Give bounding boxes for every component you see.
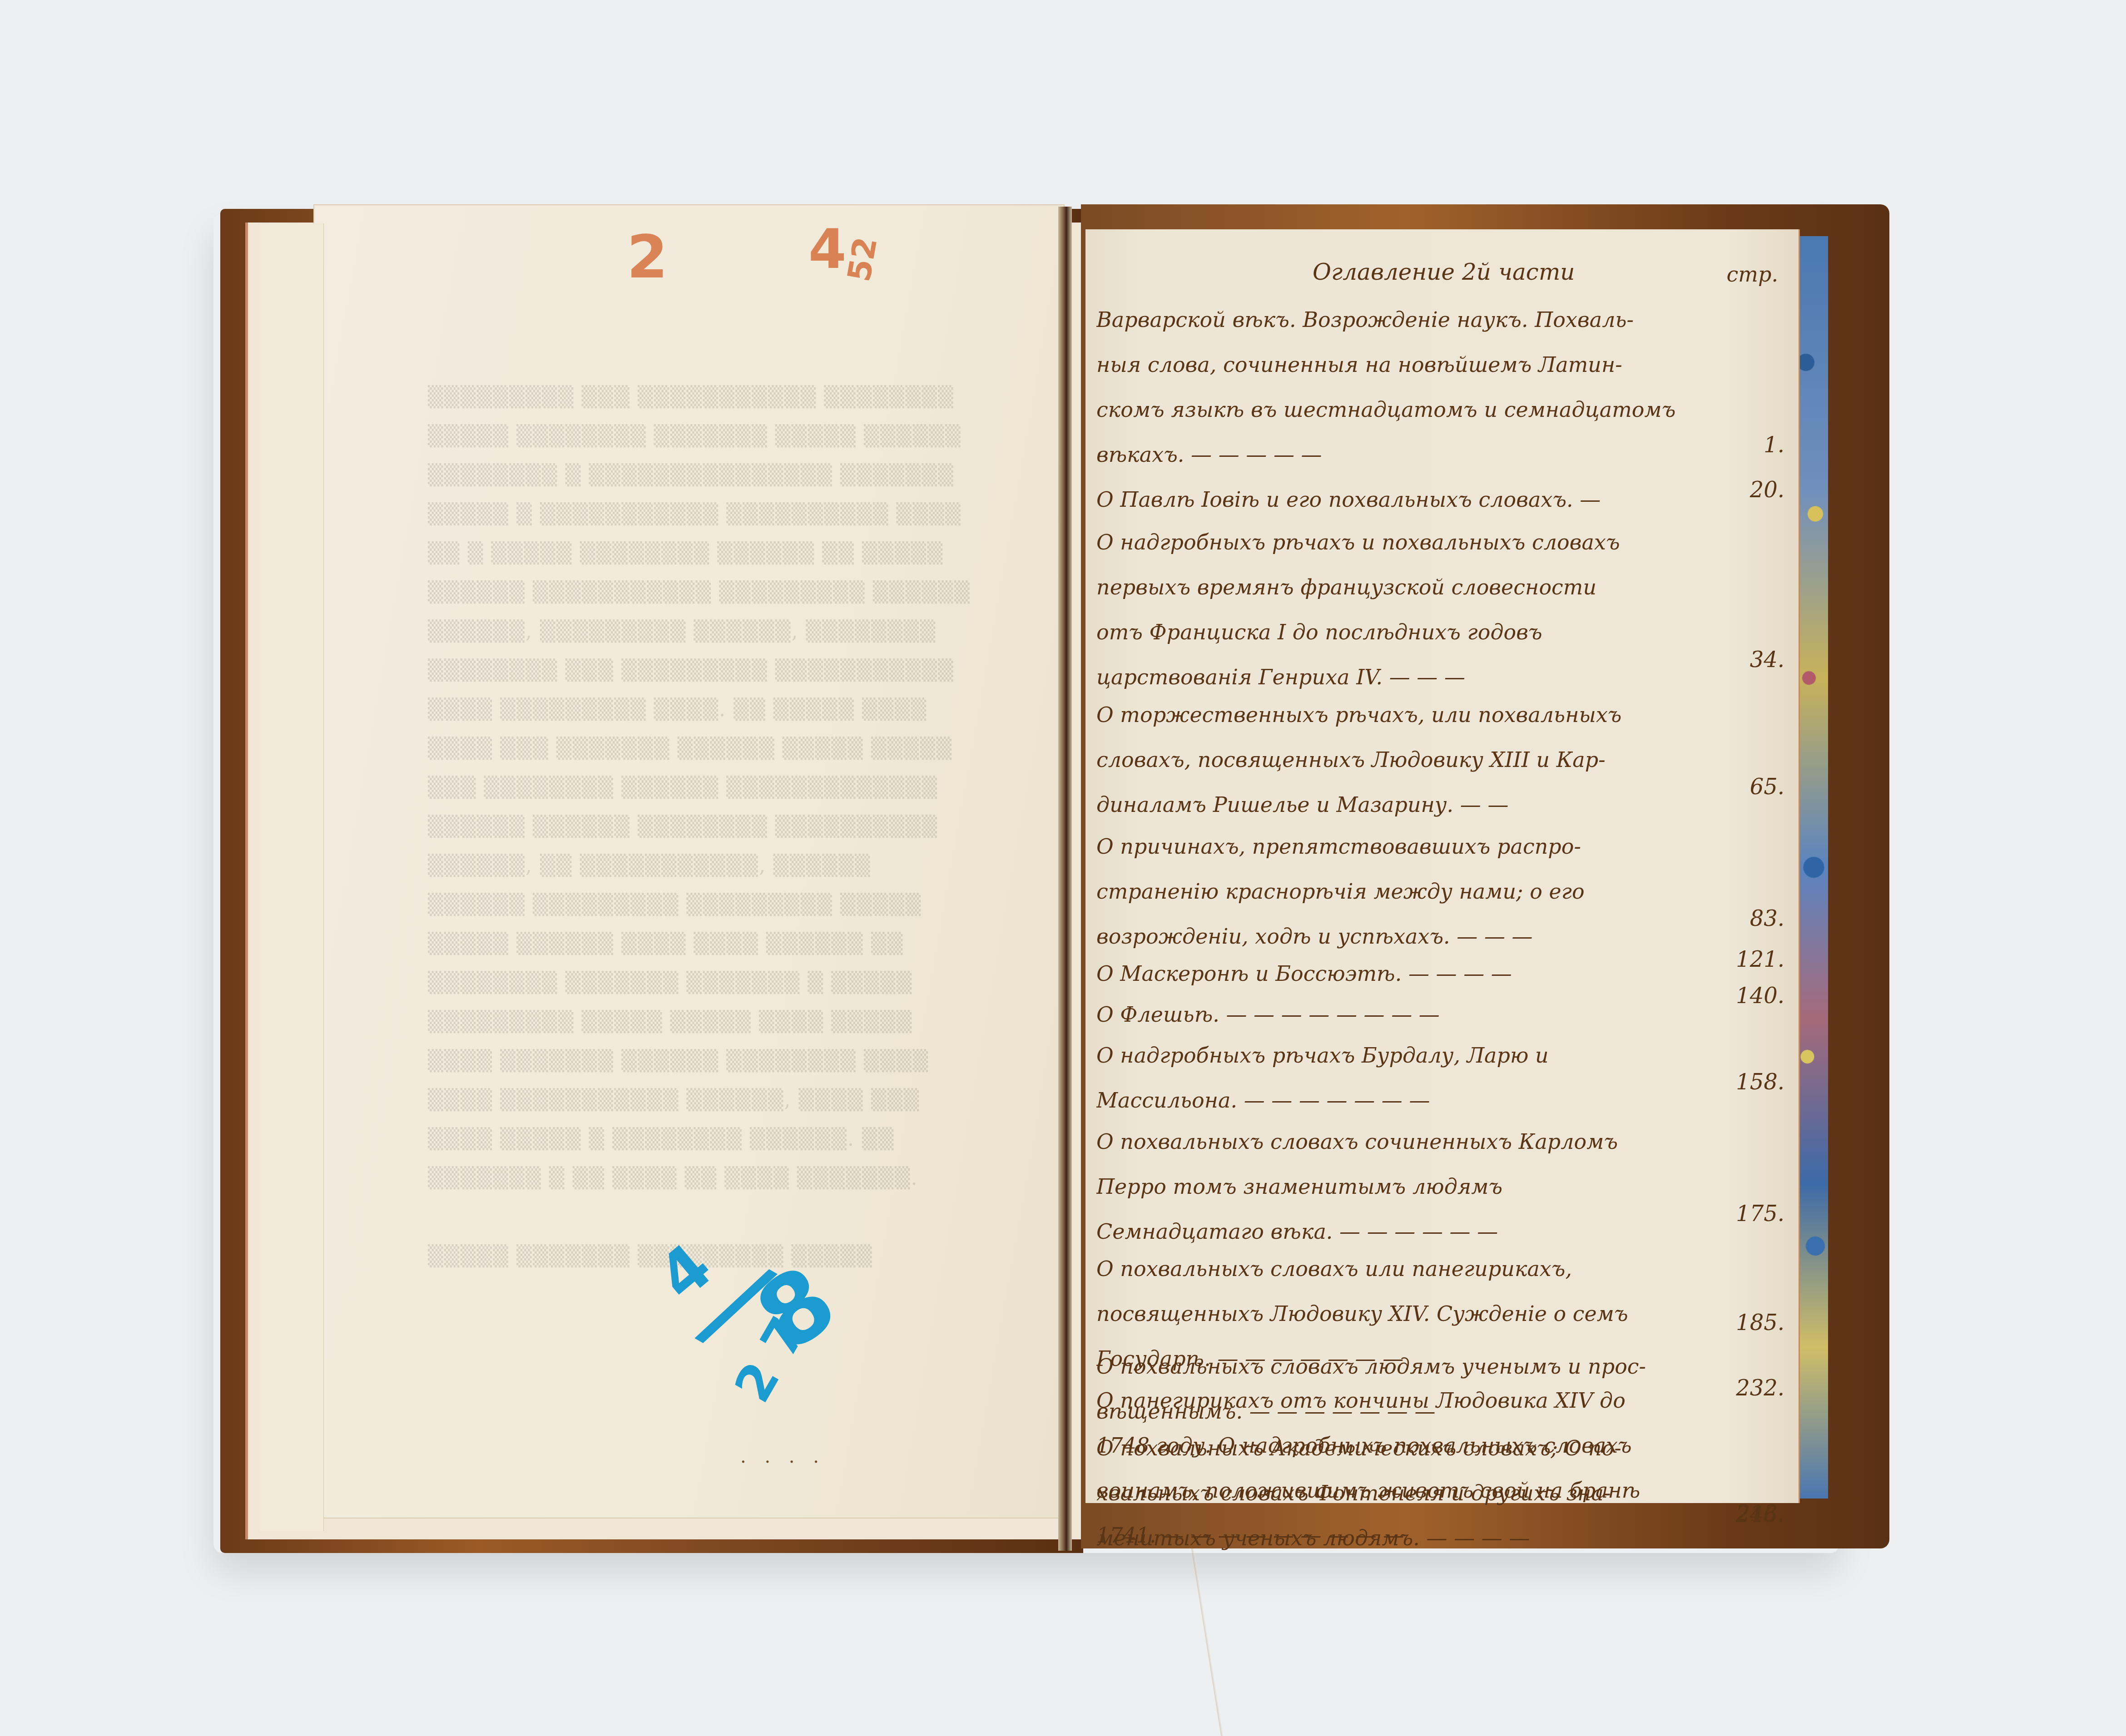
- toc-line: О похвальныхъ словахъ или панегирикахъ,: [1096, 1246, 1759, 1291]
- toc-page-number: 20.: [1750, 477, 1784, 503]
- right-page-table-of-contents: Оглавление 2й части стр. Варварской вѣкъ…: [1085, 229, 1800, 1503]
- bleed-line: ▒▒▒▒ ▒▒▒▒▒▒▒ ▒▒▒▒▒▒ ▒▒▒▒▒▒▒▒ ▒▒▒▒: [428, 1042, 1046, 1081]
- toc-line: О Флешьѣ. — — — — — — — —: [1096, 992, 1759, 1037]
- shelf-mark-top: 4: [644, 1230, 726, 1315]
- toc-line: О похвальныхъ словахъ сочиненныхъ Карлом…: [1096, 1119, 1759, 1164]
- toc-entry: О торжественныхъ рѣчахъ, или похвальныхъ…: [1096, 692, 1759, 827]
- toc-line: словахъ, посвященныхъ Людовику XIII и Ка…: [1096, 737, 1759, 782]
- toc-line: ныя слова, сочиненныя на новѣйшемъ Латин…: [1096, 342, 1759, 387]
- toc-line: Перро томъ знаменитымъ людямъ: [1096, 1164, 1759, 1209]
- bleed-line: ▒▒▒▒ ▒▒▒▒▒ ▒ ▒▒▒▒▒▒▒▒ ▒▒▒▒▒▒. ▒▒: [428, 1120, 1046, 1159]
- bleed-line: ▒▒▒▒▒ ▒ ▒▒▒▒▒▒▒▒▒▒▒ ▒▒▒▒▒▒▒▒▒▒ ▒▒▒▒: [428, 495, 1046, 534]
- underlying-leaf: [260, 223, 324, 1531]
- toc-line: диналамъ Ришелье и Мазарину. — —: [1096, 782, 1759, 827]
- toc-entry: О Маскеронѣ и Боссюэтѣ. — — — — 121.: [1096, 951, 1759, 996]
- pencil-mark: 4: [808, 218, 847, 281]
- bleed-line: ▒▒ ▒ ▒▒▒▒▒ ▒▒▒▒▒▒▒▒ ▒▒▒▒▒▒ ▒▒ ▒▒▒▒▒: [428, 534, 1046, 573]
- toc-line: скомъ языкѣ въ шестнадцатомъ и семнадцат…: [1096, 387, 1759, 432]
- toc-title: Оглавление 2й части: [1313, 259, 1575, 285]
- bleed-line: ▒▒▒▒▒▒▒▒ ▒▒▒ ▒▒▒▒▒▒▒▒▒ ▒▒▒▒▒▒▒▒▒▒▒: [428, 651, 1046, 690]
- bleed-line: ▒▒▒▒▒▒ ▒▒▒▒▒▒ ▒▒▒▒▒▒▒▒ ▒▒▒▒▒▒▒▒▒▒: [428, 807, 1046, 846]
- bleed-line: ▒▒▒▒▒▒, ▒▒ ▒▒▒▒▒▒▒▒▒▒▒, ▒▒▒▒▒▒: [428, 846, 1046, 885]
- bleed-line: ▒▒▒▒▒ ▒▒▒▒▒▒▒▒ ▒▒▒▒▒▒▒ ▒▒▒▒▒ ▒▒▒▒▒▒: [428, 417, 1046, 456]
- toc-line: О Павлѣ Іовіѣ и его похвальныхъ словахъ.…: [1096, 477, 1759, 522]
- toc-page-number: 140.: [1736, 983, 1784, 1009]
- toc-page-number: 34.: [1750, 647, 1784, 673]
- toc-page-number: 246.: [1736, 1502, 1784, 1528]
- toc-line: О похвальныхъ словахъ людямъ ученымъ и п…: [1096, 1344, 1759, 1389]
- bleed-line: ▒▒▒ ▒▒▒▒▒▒▒▒ ▒▒▒▒▒▒ ▒▒▒▒▒▒▒▒▒▒▒▒▒: [428, 768, 1046, 807]
- book-gutter: [1058, 207, 1072, 1551]
- bleed-line: ▒▒▒▒▒▒▒▒ ▒▒▒▒▒▒▒ ▒▒▒▒▒▒▒ ▒ ▒▒▒▒▒: [428, 964, 1046, 1003]
- toc-line: отъ Франциска I до послѣднихъ годовъ: [1096, 610, 1759, 655]
- bleed-line: ▒▒▒▒▒ ▒▒▒▒▒▒ ▒▒▒▒ ▒▒▒▒ ▒▒▒▒▒▒ ▒▒: [428, 925, 1046, 964]
- toc-page-number: 232.: [1736, 1375, 1784, 1401]
- toc-line: О надгробныхъ рѣчахъ и похвальныхъ слова…: [1096, 520, 1759, 565]
- blue-ink-shelf-mark: 4 / 8 2 7: [649, 1217, 904, 1408]
- toc-line: О Маскеронѣ и Боссюэтѣ. — — — —: [1096, 951, 1759, 996]
- toc-line: первыхъ времянъ французской словесности: [1096, 565, 1759, 610]
- toc-page-number: 1.: [1764, 432, 1784, 458]
- bleed-line: ▒▒▒▒▒▒ ▒▒▒▒▒▒▒▒▒ ▒▒▒▒▒▒▒▒▒ ▒▒▒▒▒: [428, 885, 1046, 925]
- toc-page-number: 83.: [1750, 906, 1784, 931]
- toc-entry: О Павлѣ Іовіѣ и его похвальныхъ словахъ.…: [1096, 477, 1759, 522]
- bleed-line: ▒▒▒▒ ▒▒▒▒▒▒▒▒▒▒▒ ▒▒▒▒▒▒, ▒▒▒▒ ▒▒▒: [428, 1081, 1046, 1120]
- red-pencil-marks: 2 4 52: [622, 213, 895, 295]
- toc-entry: Варварской вѣкъ. Возрожденіе наукъ. Похв…: [1096, 297, 1759, 477]
- toc-page-number: 158.: [1736, 1069, 1784, 1095]
- toc-line: О похвальныхъ Академическихъ словахъ; О …: [1096, 1426, 1759, 1471]
- toc-entry: О надгробныхъ рѣчахъ и похвальныхъ слова…: [1096, 520, 1759, 700]
- toc-entry: О надгробныхъ рѣчахъ Бурдалу, Ларю и Мас…: [1096, 1033, 1759, 1123]
- marbled-endpaper: [1796, 236, 1828, 1499]
- toc-line: менитыхъ ученыхъ людямъ. — — — —: [1096, 1516, 1759, 1561]
- toc: Оглавление 2й части стр. Варварской вѣкъ…: [1085, 229, 1799, 1503]
- bleed-line: ▒▒▒▒ ▒▒▒▒▒▒▒▒▒ ▒▒▒▒. ▒▒ ▒▒▒▒▒ ▒▒▒▒: [428, 690, 1046, 729]
- toc-page-number: 121.: [1736, 947, 1784, 972]
- bleed-line: ▒▒▒▒▒▒▒▒▒ ▒▒▒▒▒ ▒▒▒▒▒ ▒▒▒▒ ▒▒▒▒▒: [428, 1003, 1046, 1042]
- bleed-line: ▒▒▒▒ ▒▒▒ ▒▒▒▒▒▒▒ ▒▒▒▒▒▒ ▒▒▒▒▒ ▒▒▒▒▒: [428, 729, 1046, 768]
- bleed-through-text: ▒▒▒▒▒▒▒▒▒ ▒▒▒ ▒▒▒▒▒▒▒▒▒▒▒ ▒▒▒▒▒▒▒▒ ▒▒▒▒▒…: [428, 378, 1046, 1276]
- toc-entry: О Флешьѣ. — — — — — — — — 140.: [1096, 992, 1759, 1037]
- toc-line: О причинахъ, препятствовавшихъ распро-: [1096, 824, 1759, 869]
- toc-entry: О похвальныхъ Академическихъ словахъ; О …: [1096, 1426, 1759, 1561]
- bleed-line: ▒▒▒▒▒▒▒ ▒ ▒▒ ▒▒▒▒ ▒▒ ▒▒▒▒ ▒▒▒▒▒▒▒.: [428, 1159, 1046, 1198]
- bottom-dots: . . . .: [740, 1446, 825, 1467]
- toc-line: Варварской вѣкъ. Возрожденіе наукъ. Похв…: [1096, 297, 1759, 342]
- toc-page-number: 185.: [1736, 1310, 1784, 1335]
- toc-line: посвященныхъ Людовику XIV. Сужденіе о се…: [1096, 1291, 1759, 1336]
- toc-line: страненію краснорѣчія между нами; о его: [1096, 869, 1759, 914]
- toc-line: О торжественныхъ рѣчахъ, или похвальныхъ: [1096, 692, 1759, 737]
- toc-page-number: 175.: [1736, 1201, 1784, 1227]
- pencil-mark: 52: [840, 234, 885, 284]
- toc-line: Массильона. — — — — — — —: [1096, 1078, 1759, 1123]
- bleed-line: ▒▒▒▒▒▒ ▒▒▒▒▒▒▒▒▒▒▒ ▒▒▒▒▒▒▒▒▒ ▒▒▒▒▒▒: [428, 573, 1046, 612]
- toc-line: О надгробныхъ рѣчахъ Бурдалу, Ларю и: [1096, 1033, 1759, 1078]
- bleed-line: ▒▒▒▒▒▒▒▒▒ ▒▒▒ ▒▒▒▒▒▒▒▒▒▒▒ ▒▒▒▒▒▒▒▒: [428, 378, 1046, 417]
- toc-page-number: 65.: [1750, 774, 1784, 800]
- toc-line: хвальныхъ словахъ Фонтенеля и другихъ зн…: [1096, 1471, 1759, 1516]
- toc-entry: О причинахъ, препятствовавшихъ распро- с…: [1096, 824, 1759, 959]
- bleed-line: ▒▒▒▒▒▒▒▒ ▒ ▒▒▒▒▒▒▒▒▒▒▒▒▒▒▒ ▒▒▒▒▒▒▒: [428, 456, 1046, 495]
- page-column-header: стр.: [1727, 262, 1778, 287]
- bleed-line: ▒▒▒▒▒▒, ▒▒▒▒▒▒▒▒▒ ▒▒▒▒▒▒, ▒▒▒▒▒▒▒▒: [428, 612, 1046, 651]
- toc-entry: О похвальныхъ словахъ сочиненныхъ Карлом…: [1096, 1119, 1759, 1254]
- toc-entry: О похвальныхъ словахъ людямъ ученымъ и п…: [1096, 1344, 1759, 1434]
- pencil-mark: 2: [627, 223, 668, 292]
- toc-line: вѣкахъ. — — — — —: [1096, 432, 1759, 477]
